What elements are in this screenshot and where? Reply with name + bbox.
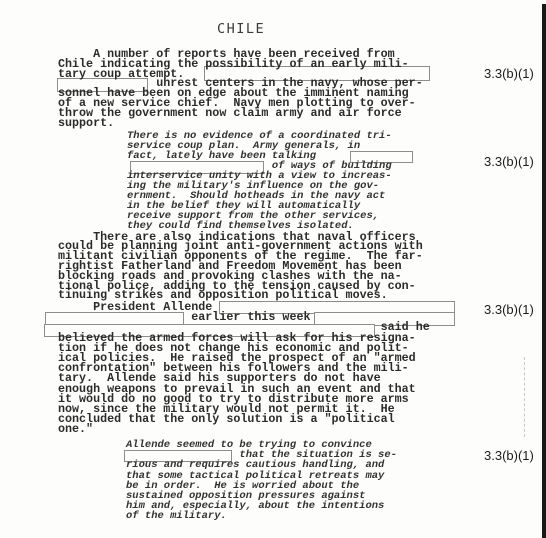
quote-2-line-8: of the military.: [126, 511, 227, 522]
page-edge-border: [542, 4, 546, 538]
paragraph-3-line-12: concluded that the only solution is a "p…: [58, 414, 395, 426]
paragraph-1-line-8: support.: [58, 118, 114, 130]
classification-label-1: 3.3(b)(1): [484, 66, 534, 81]
classification-label-2: 3.3(b)(1): [484, 154, 534, 169]
paragraph-3-line-13: one.": [58, 424, 93, 436]
document-page: CHILE A number of reports have been rece…: [0, 0, 546, 538]
classification-label-4: 3.3(b)(1): [484, 448, 534, 463]
page-title: CHILE: [217, 21, 265, 37]
classification-label-3: 3.3(b)(1): [484, 302, 534, 317]
scan-artifact-line: [524, 357, 525, 437]
